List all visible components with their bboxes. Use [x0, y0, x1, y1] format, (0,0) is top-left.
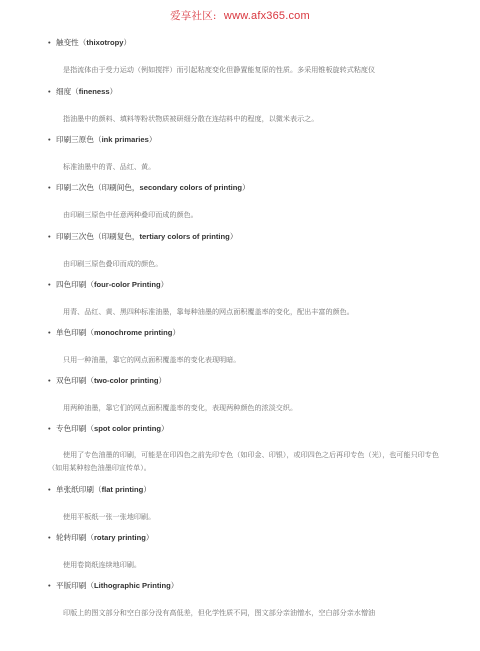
entry-definition: 印版上的图文部分和空白部分没有高低差，但化学性质不同，图文部分亲油憎水，空白部分…	[48, 605, 448, 620]
glossary-entry: •平版印刷（Lithographic Printing） 印版上的图文部分和空白…	[48, 580, 448, 620]
bullet-icon: •	[48, 38, 56, 47]
entry-term: •平版印刷（Lithographic Printing）	[48, 580, 448, 591]
glossary-entry: •单色印刷（monochrome printing） 只用一种油墨，靠它的网点面…	[48, 327, 448, 367]
entry-definition: 只用一种油墨，靠它的网点面积覆盖率的变化表现明暗。	[48, 352, 448, 367]
entry-term: •印刷二次色（印刷间色，secondary colors of printing…	[48, 182, 448, 193]
entry-definition: 标准油墨中的青、品红、黄。	[48, 159, 448, 174]
entry-definition: 是指流体由于受力运动（例如搅拌）而引起粘度变化但静置能复原的性质。多采用锥板旋转…	[48, 62, 448, 77]
glossary-entry: •专色印刷（spot color printing） 使用了专色油墨的印刷，可能…	[48, 423, 448, 474]
entry-term: •单张纸印刷（flat printing）	[48, 484, 448, 495]
bullet-icon: •	[48, 533, 56, 542]
bullet-icon: •	[48, 135, 56, 144]
entry-term: •专色印刷（spot color printing）	[48, 423, 448, 434]
entry-definition: 使用了专色油墨的印刷，可能是在印四色之前先印专色（如印金、印银），或印四色之后再…	[48, 448, 440, 474]
bullet-icon: •	[48, 485, 56, 494]
document-page: 爱享社区: www.afx365.com •触变性（thixotropy） 是指…	[0, 0, 480, 651]
entry-term: •细度（fineness）	[48, 86, 448, 97]
glossary-entry: •印刷三原色（ink primaries） 标准油墨中的青、品红、黄。	[48, 134, 448, 174]
site-brand: 爱享社区:	[170, 10, 217, 22]
entry-definition: 用青、品红、黄、黑四种标准油墨，靠每种油墨的网点面积覆盖率的变化，配出丰富的颜色…	[48, 304, 448, 319]
entry-term: •单色印刷（monochrome printing）	[48, 327, 448, 338]
bullet-icon: •	[48, 183, 56, 192]
glossary-entry: •细度（fineness） 指油墨中的颜料、填料等粉状物质被研细分散在连结料中的…	[48, 86, 448, 126]
page-header: 爱享社区: www.afx365.com	[0, 8, 480, 23]
entry-definition: 指油墨中的颜料、填料等粉状物质被研细分散在连结料中的程度，以微米表示之。	[48, 111, 448, 126]
entry-term: •印刷三次色（印刷复色，tertiary colors of printing）	[48, 231, 448, 242]
bullet-icon: •	[48, 232, 56, 241]
site-url-link[interactable]: www.afx365.com	[224, 10, 310, 22]
entry-definition: 由印刷三原色中任意两种叠印而成的颜色。	[48, 207, 448, 222]
entry-definition: 用两种油墨，靠它们的网点面积覆盖率的变化，表现两种颜色的浓淡交织。	[48, 400, 448, 415]
entry-term: •四色印刷（four-color Printing）	[48, 279, 448, 290]
entry-term: •触变性（thixotropy）	[48, 37, 448, 48]
bullet-icon: •	[48, 424, 56, 433]
entry-definition: 使用卷筒纸连续地印刷。	[48, 557, 448, 572]
glossary-entry: •轮转印刷（rotary printing） 使用卷筒纸连续地印刷。	[48, 532, 448, 572]
glossary-entry: •印刷三次色（印刷复色，tertiary colors of printing）…	[48, 231, 448, 271]
bullet-icon: •	[48, 376, 56, 385]
bullet-icon: •	[48, 581, 56, 590]
glossary-entry: •印刷二次色（印刷间色，secondary colors of printing…	[48, 182, 448, 222]
entry-term: •印刷三原色（ink primaries）	[48, 134, 448, 145]
entry-term: •双色印刷（two-color printing）	[48, 375, 448, 386]
bullet-icon: •	[48, 87, 56, 96]
glossary-entry: •四色印刷（four-color Printing） 用青、品红、黄、黑四种标准…	[48, 279, 448, 319]
entry-definition: 使用平板纸一张一张地印刷。	[48, 509, 448, 524]
bullet-icon: •	[48, 328, 56, 337]
bullet-icon: •	[48, 280, 56, 289]
entry-definition: 由印刷三原色叠印而成的颜色。	[48, 256, 448, 271]
glossary-entry: •单张纸印刷（flat printing） 使用平板纸一张一张地印刷。	[48, 484, 448, 524]
glossary-entry: •触变性（thixotropy） 是指流体由于受力运动（例如搅拌）而引起粘度变化…	[48, 37, 448, 77]
entry-term: •轮转印刷（rotary printing）	[48, 532, 448, 543]
glossary-entry: •双色印刷（two-color printing） 用两种油墨，靠它们的网点面积…	[48, 375, 448, 415]
